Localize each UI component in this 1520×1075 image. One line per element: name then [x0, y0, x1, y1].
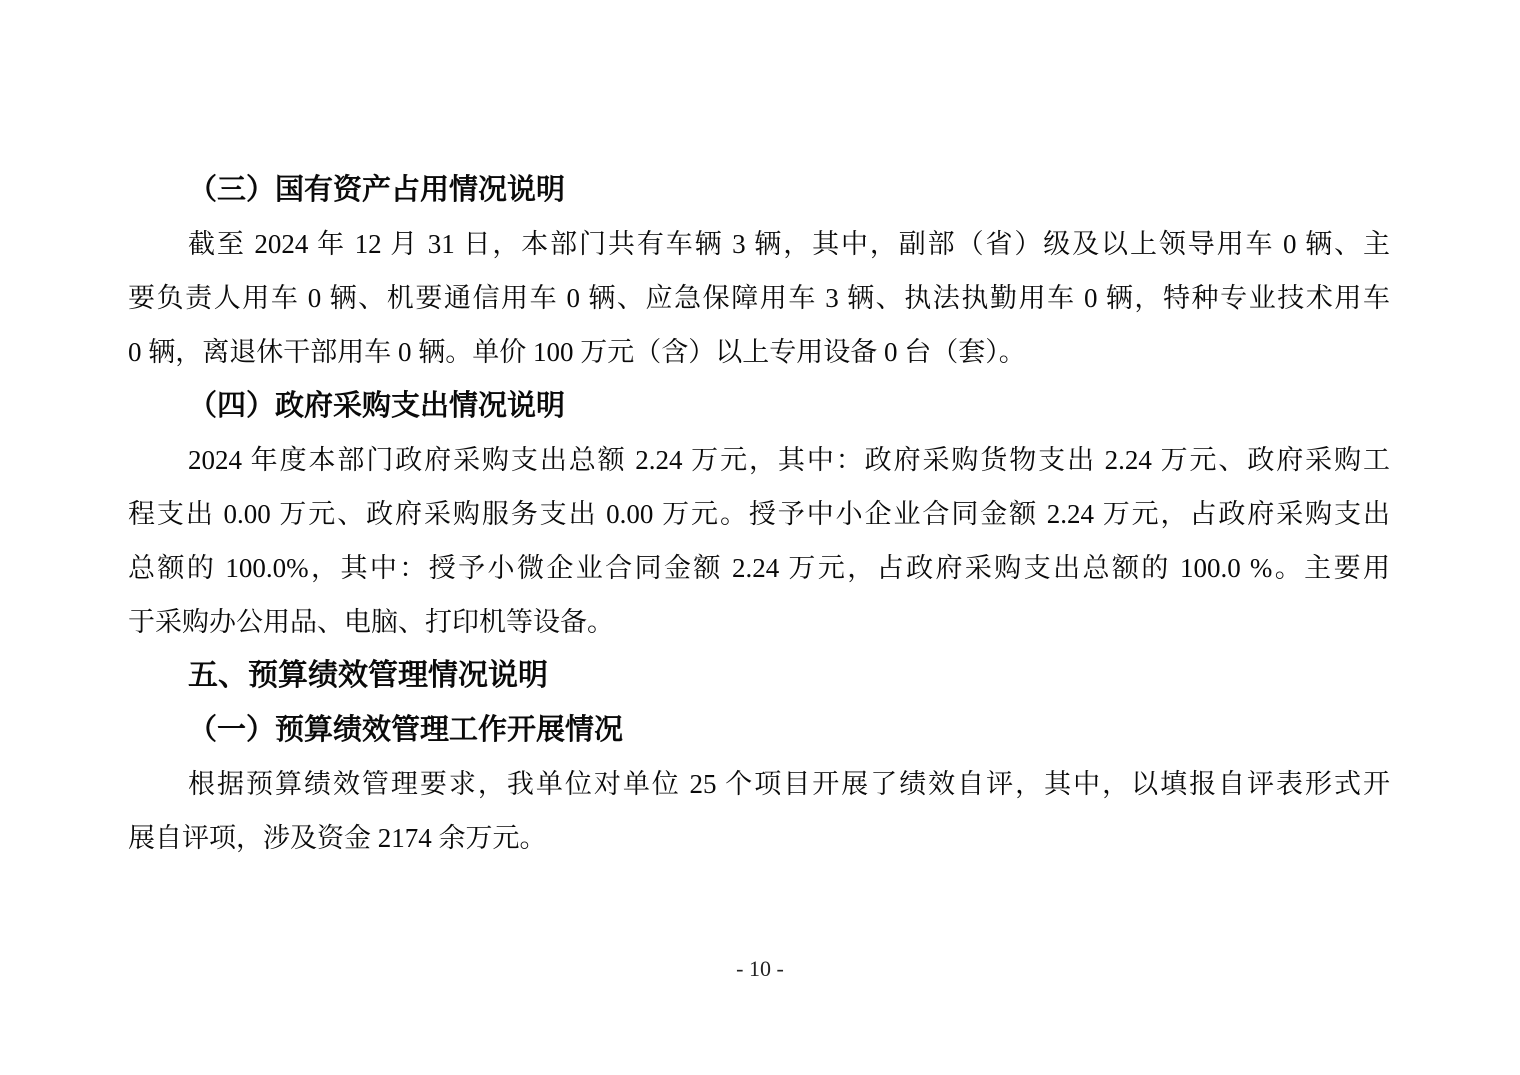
paragraph-line: 截至 2024 年 12 月 31 日，本部门共有车辆 3 辆，其中，副部（省）… — [128, 217, 1390, 271]
document-page: （三）国有资产占用情况说明 截至 2024 年 12 月 31 日，本部门共有车… — [0, 0, 1520, 1075]
paragraph-line: 总额的 100.0%，其中：授予小微企业合同金额 2.24 万元，占政府采购支出… — [128, 541, 1390, 595]
chapter-heading-performance: 五、预算绩效管理情况说明 — [128, 649, 1390, 703]
paragraph-line: 0 辆，离退休干部用车 0 辆。单价 100 万元（含）以上专用设备 0 台（套… — [128, 325, 1390, 379]
paragraph-line: 展自评项，涉及资金 2174 余万元。 — [128, 811, 1390, 865]
section-heading-performance-work: （一）预算绩效管理工作开展情况 — [128, 703, 1390, 757]
paragraph-line: 2024 年度本部门政府采购支出总额 2.24 万元，其中：政府采购货物支出 2… — [128, 433, 1390, 487]
section-heading-procurement: （四）政府采购支出情况说明 — [128, 379, 1390, 433]
document-content: （三）国有资产占用情况说明 截至 2024 年 12 月 31 日，本部门共有车… — [128, 163, 1390, 865]
page-number: - 10 - — [0, 952, 1520, 986]
paragraph-line: 程支出 0.00 万元、政府采购服务支出 0.00 万元。授予中小企业合同金额 … — [128, 487, 1390, 541]
paragraph-line: 根据预算绩效管理要求，我单位对单位 25 个项目开展了绩效自评，其中，以填报自评… — [128, 757, 1390, 811]
section-heading-state-assets: （三）国有资产占用情况说明 — [128, 163, 1390, 217]
paragraph-line: 于采购办公用品、电脑、打印机等设备。 — [128, 595, 1390, 649]
paragraph-line: 要负责人用车 0 辆、机要通信用车 0 辆、应急保障用车 3 辆、执法执勤用车 … — [128, 271, 1390, 325]
